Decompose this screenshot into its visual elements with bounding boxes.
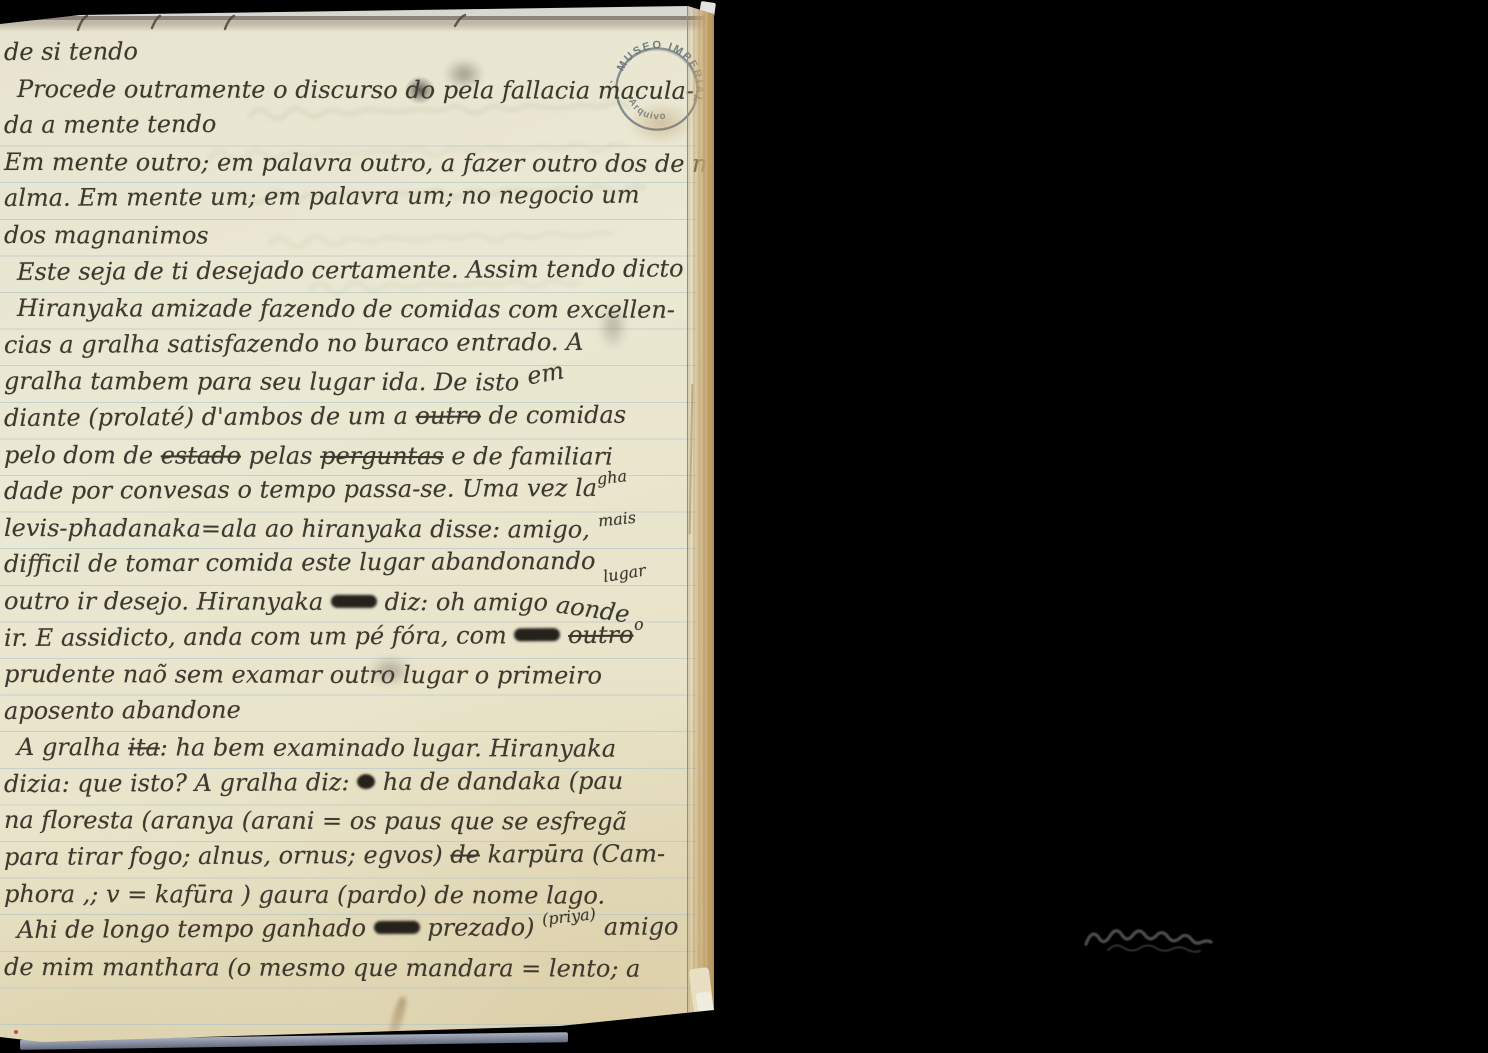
handwriting-segment: dade por convesas o tempo passa-se. Uma … [4,474,597,505]
handwriting-segment: dizia: que isto? A gralha diz: [4,768,357,798]
ink-blot [514,628,560,641]
handwriting-segment: mais [596,499,638,539]
handwriting-segment: ha de dandaka (pau [375,767,623,796]
manuscript-line: difficil de tomar comida este lugar aban… [4,543,706,583]
handwriting-segment: estado [161,441,241,469]
manuscript-line: outro ir desejo. Hiranyaka diz: oh amigo… [4,583,706,621]
ink-blot: do [405,76,435,104]
manuscript-line: de mim manthara (o mesmo que mandara = l… [4,949,706,987]
handwriting-segment: difficil de tomar comida este lugar aban… [4,547,603,578]
handwriting-segment: cias a gralha satisfazendo no buraco ent… [4,328,584,359]
handwriting-segment: aposento abandone [4,695,241,724]
photo-background: MUSEO IMPERIAL Arquivo - - de si tendoPr… [0,0,1488,1053]
handwriting-segment: A gralha [17,733,128,761]
handwriting-segment: de comidas [481,401,626,430]
manuscript-line: aposento abandone [4,689,706,729]
handwriting-segment: outro ir desejo. Hiranyaka [4,587,331,616]
text-layer: de si tendoProcede outramente o discurso… [4,34,706,985]
handwriting-segment: : ha bem examinado lugar. Hiranyaka [160,734,616,763]
handwriting-segment: prudente naõ sem examar outro lugar o pr… [4,660,602,690]
handwriting-segment: amigo [596,913,678,941]
floating-ink-scribble [1080,918,1220,964]
manuscript-line: da a mente tendo [4,104,706,144]
handwriting-segment: pelo dom de [4,441,161,469]
manuscript-line: para tirar fogo; alnus, ornus; egvos) de… [4,835,706,875]
handwriting-segment: alma. Em mente um; em palavra um; no neg… [4,181,640,212]
manuscript-line: de si tendo [4,30,706,70]
handwriting-segment: em [524,353,567,395]
manuscript-line: alma. Em mente um; em palavra um; no neg… [4,177,706,217]
handwriting-segment: karpūra (Cam- [480,840,665,869]
handwriting-segment: ir. E assidicto, anda com um pé fóra, co… [4,621,515,652]
ink-blot [331,595,377,608]
manuscript-line: Ahi de longo tempo ganhado prezado) (pri… [4,909,706,949]
handwriting-segment: dos magnanimos [4,221,209,250]
handwriting-segment: e de familiari [444,442,613,470]
cutoff-pen-marks [60,10,480,34]
handwriting-segment: diz: oh amigo [377,588,556,616]
handwriting-segment: gha [595,458,629,498]
handwriting-segment: ita [128,734,160,762]
red-speck [14,1030,18,1034]
handwriting-segment: da a mente tendo [4,110,216,139]
handwriting-segment: Este seja de ti desejado certamente. Ass… [17,254,684,285]
handwriting-segment: perguntas [320,441,444,469]
manuscript-line: dizia: que isto? A gralha diz: ha de dan… [4,762,706,802]
handwriting-segment: Em mente outro; em palavra outro, a faze… [4,148,737,178]
handwriting-segment: Hiranyaka amizade fazendo de comidas com… [17,294,675,324]
handwriting-segment: Ahi de longo tempo ganhado [17,914,374,944]
manuscript-line: prudente naõ sem examar outro lugar o pr… [4,656,706,694]
handwriting-segment: pelas [241,441,320,469]
handwriting-segment: gralha tambem para seu lugar ida. De ist… [4,367,527,396]
handwriting-segment: prezado) [420,913,543,942]
handwriting-segment: de si tendo [4,37,138,66]
handwriting-segment: Procede outramente o discurso [17,75,405,104]
handwriting-segment: pela fallacia macula- [435,76,694,105]
handwriting-segment: de mim manthara (o mesmo que mandara = l… [4,953,640,983]
ink-blot [357,774,375,789]
manuscript-line: Este seja de ti desejado certamente. Ass… [4,250,706,290]
manuscript-line: ir. E assidicto, anda com um pé fóra, co… [4,616,706,656]
handwriting-segment: outro [568,620,634,648]
handwriting-segment: na floresta (aranya (arani = os paus que… [4,806,627,836]
manuscript-line: Hiranyaka amizade fazendo de comidas com… [4,290,706,328]
handwriting-segment: levis-phadanaka=ala ao hiranyaka disse: … [4,514,598,544]
page-binding-edge [687,6,714,1046]
manuscript-line: dos magnanimos [4,217,706,255]
handwriting-segment: (priya) [540,896,598,938]
handwriting-segment: para tirar fogo; alnus, ornus; egvos) [4,841,451,871]
manuscript-page: MUSEO IMPERIAL Arquivo - - de si tendoPr… [0,6,714,1046]
handwriting-segment: de [450,841,480,869]
handwriting-segment: outro [415,401,481,429]
manuscript-line: cias a gralha satisfazendo no buraco ent… [4,323,706,363]
ink-blot [374,921,420,934]
manuscript-line: diante (prolaté) d'ambos de um a outro d… [4,396,706,436]
handwriting-segment: diante (prolaté) d'ambos de um a [4,402,416,432]
handwriting-segment: phora ,; v = kafūra ) gaura (pardo) de n… [4,880,605,910]
